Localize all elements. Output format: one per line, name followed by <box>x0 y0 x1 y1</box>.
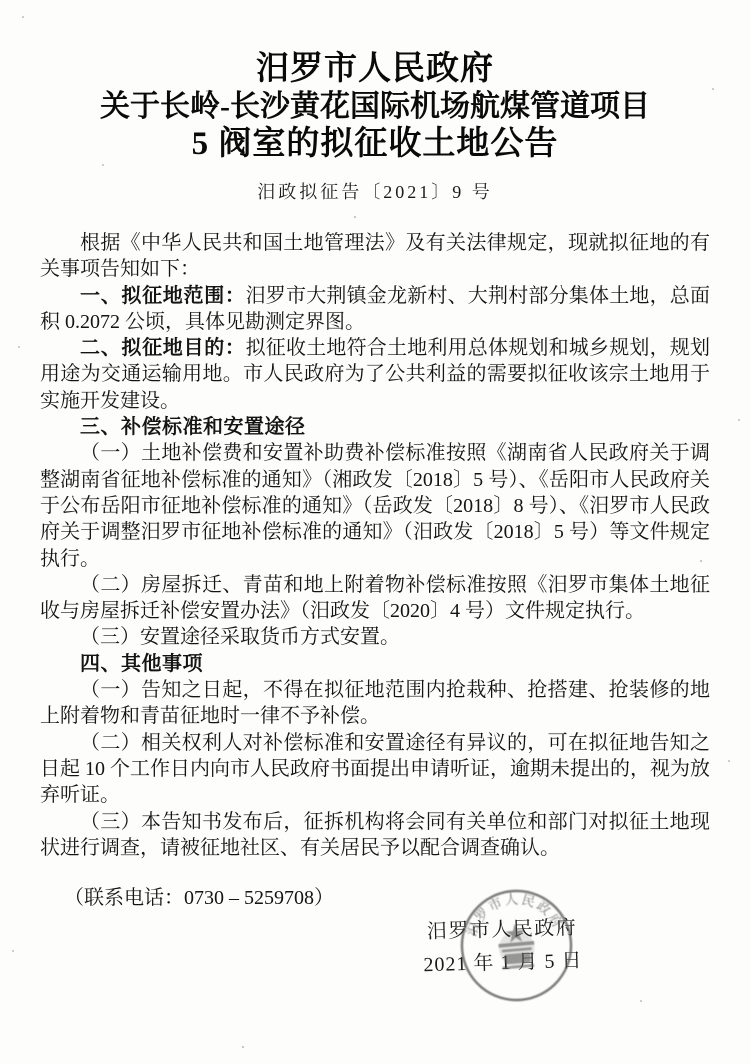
scan-speck <box>242 1046 244 1048</box>
paragraph-lead: 四、其他事项 <box>80 653 203 675</box>
paragraph-lead: 一、拟征地范围： <box>80 285 246 307</box>
scan-speck <box>728 760 730 762</box>
paragraph: 二、拟征地目的：拟征收土地符合土地利用总体规划和城乡规划，规划用途为交通运输用地… <box>40 335 710 414</box>
paragraph: 四、其他事项 <box>40 651 710 677</box>
paragraph-text: （二）房屋拆迁、青苗和地上附着物补偿标准按照《汨罗市集体土地征收与房屋拆迁补偿安… <box>40 574 710 622</box>
document-content: 汨罗市人民政府 关于长岭-长沙黄花国际机场航煤管道项目 5 阀室的拟征收土地公告… <box>0 0 750 910</box>
paragraph: （二）相关权利人对补偿标准和安置途径有异议的，可在拟征地告知之日起 10 个工作… <box>40 730 710 809</box>
paragraph-lead: 二、拟征地目的： <box>80 337 246 359</box>
scan-speck <box>700 560 702 562</box>
scan-speck <box>206 90 208 92</box>
contact-phone-line: （联系电话：0730 – 5259708） <box>40 881 710 910</box>
paragraph-text: （三）安置途径采取货币方式安置。 <box>80 626 400 648</box>
paragraph: 三、补偿标准和安置途径 <box>40 414 710 440</box>
title-line-subject: 5 阀室的拟征收土地公告 <box>0 125 750 164</box>
scan-speck <box>70 268 72 270</box>
document-body: 根据《中华人民共和国土地管理法》及有关法律规定，现就拟征地的有关事项告知如下：一… <box>40 230 710 861</box>
scan-speck <box>492 836 494 838</box>
paragraph-text: （一）土地补偿费和安置补助费补偿标准按照《湖南省人民政府关于调整湖南省征地补偿标… <box>40 442 710 569</box>
paragraph-lead: 三、补偿标准和安置途径 <box>80 416 306 438</box>
paragraph-text: （三）本告知书发布后，征拆机构将会同有关单位和部门对拟征土地现状进行调查，请被征… <box>40 811 710 859</box>
title-line-project: 关于长岭-长沙黄花国际机场航煤管道项目 <box>0 88 750 125</box>
paragraph: （一）告知之日起，不得在拟征地范围内抢栽种、抢搭建、抢装修的地上附着物和青苗征地… <box>40 677 710 730</box>
paragraph: （三）安置途径采取货币方式安置。 <box>40 624 710 650</box>
official-seal: 汨罗市人民政府 <box>452 881 581 1010</box>
scan-speck <box>12 950 14 952</box>
title-line-issuer: 汨罗市人民政府 <box>0 50 750 88</box>
document-title: 汨罗市人民政府 关于长岭-长沙黄花国际机场航煤管道项目 5 阀室的拟征收土地公告 <box>0 50 750 164</box>
paragraph: （三）本告知书发布后，征拆机构将会同有关单位和部门对拟征土地现状进行调查，请被征… <box>40 809 710 862</box>
national-emblem-icon <box>497 922 536 970</box>
scanned-announcement-page: 汨罗市人民政府 关于长岭-长沙黄花国际机场航煤管道项目 5 阀室的拟征收土地公告… <box>0 0 750 1064</box>
scan-speck <box>738 419 740 421</box>
paragraph: 根据《中华人民共和国土地管理法》及有关法律规定，现就拟征地的有关事项告知如下： <box>40 230 710 283</box>
scan-speck <box>640 1000 642 1002</box>
document-number: 汨政拟征告〔2021〕9 号 <box>0 178 750 204</box>
paragraph: 一、拟征地范围：汨罗市大荆镇金龙新村、大荆村部分集体土地，总面积 0.2072 … <box>40 283 710 336</box>
scan-speck <box>354 216 356 218</box>
scan-speck <box>102 164 104 166</box>
paragraph-text: 根据《中华人民共和国土地管理法》及有关法律规定，现就拟征地的有关事项告知如下： <box>40 232 710 280</box>
scan-speck <box>22 16 24 18</box>
paragraph-text: （一）告知之日起，不得在拟征地范围内抢栽种、抢搭建、抢装修的地上附着物和青苗征地… <box>40 679 710 727</box>
paragraph-text: （二）相关权利人对补偿标准和安置途径有异议的，可在拟征地告知之日起 10 个工作… <box>40 732 710 807</box>
scan-speck <box>712 88 714 90</box>
paragraph: （二）房屋拆迁、青苗和地上附着物补偿标准按照《汨罗市集体土地征收与房屋拆迁补偿安… <box>40 572 710 625</box>
paragraph: （一）土地补偿费和安置补助费补偿标准按照《湖南省人民政府关于调整湖南省征地补偿标… <box>40 440 710 571</box>
scan-speck <box>18 346 20 348</box>
